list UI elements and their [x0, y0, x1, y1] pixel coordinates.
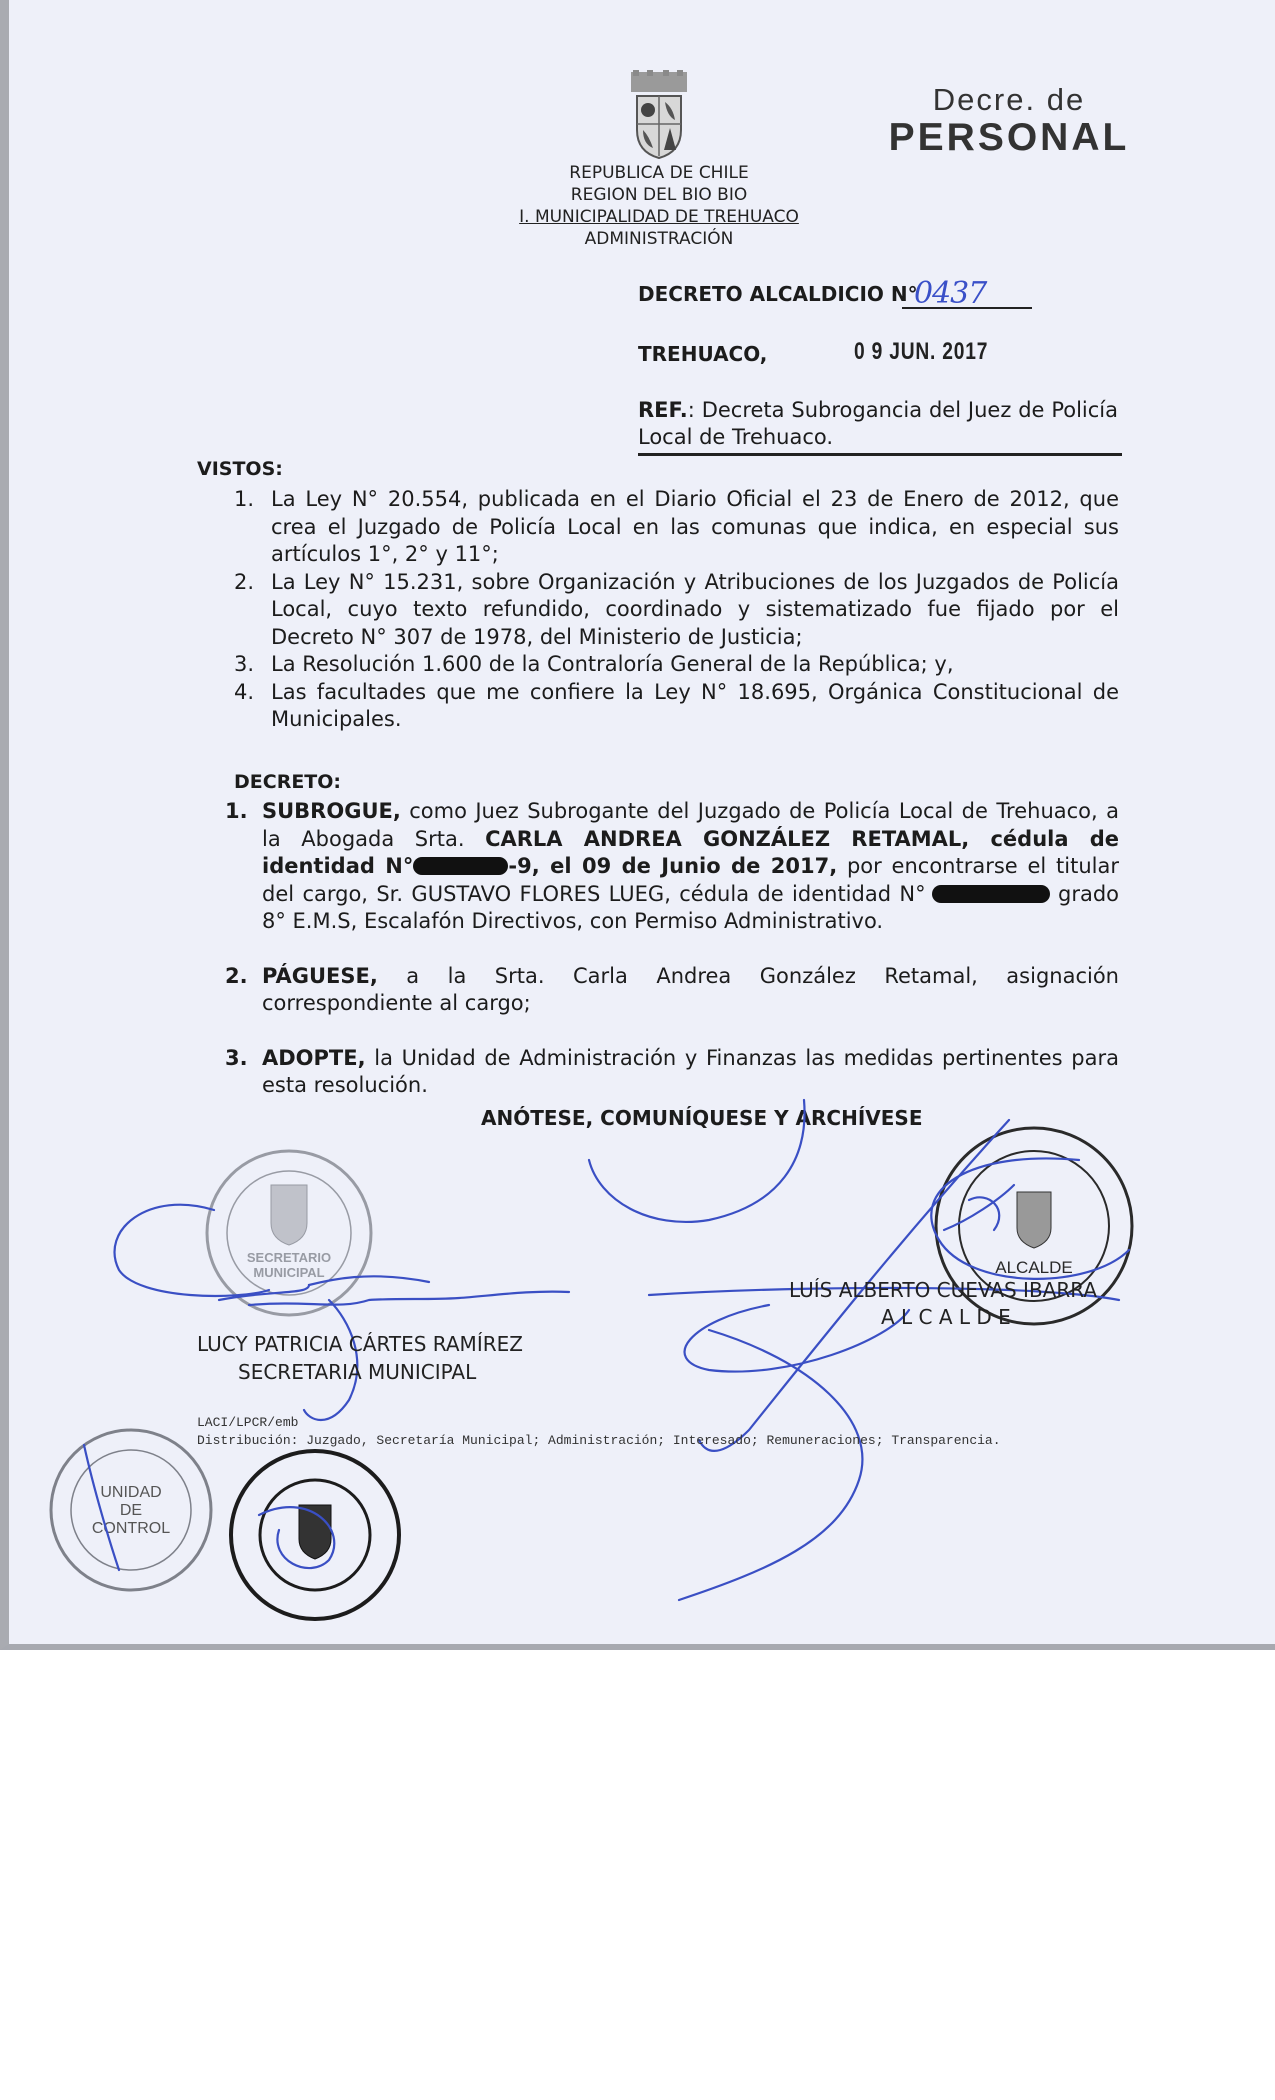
svg-text:UNIDAD: UNIDAD [100, 1484, 161, 1501]
svg-text:ALCALDE: ALCALDE [995, 1258, 1072, 1277]
secretary-name: LUCY PATRICIA CÁRTES RAMÍREZ [197, 1330, 523, 1358]
scanned-document-page: REPUBLICA DE CHILE REGION DEL BIO BIO I.… [0, 0, 1275, 1650]
footer-distribution: Distribución: Juzgado, Secretaría Munici… [197, 1433, 1001, 1448]
legal-advisor-seal-icon [231, 1451, 399, 1619]
mayor-title: A L C A L D E [881, 1303, 1011, 1331]
secretary-title: SECRETARIA MUNICIPAL [238, 1358, 476, 1386]
svg-text:MUNICIPAL: MUNICIPAL [253, 1265, 324, 1280]
svg-text:DE: DE [120, 1502, 142, 1519]
svg-text:SECRETARIO: SECRETARIO [247, 1250, 331, 1265]
seals-and-signatures: SECRETARIO MUNICIPAL ALCALDE UNIDAD DE C… [9, 0, 1275, 1650]
footer-initials: LACI/LPCR/emb [197, 1415, 298, 1430]
mayor-name: LUÍS ALBERTO CUEVAS IBARRA [789, 1276, 1097, 1304]
secretary-seal-icon: SECRETARIO MUNICIPAL [207, 1151, 371, 1315]
control-unit-seal-icon: UNIDAD DE CONTROL [51, 1430, 211, 1590]
